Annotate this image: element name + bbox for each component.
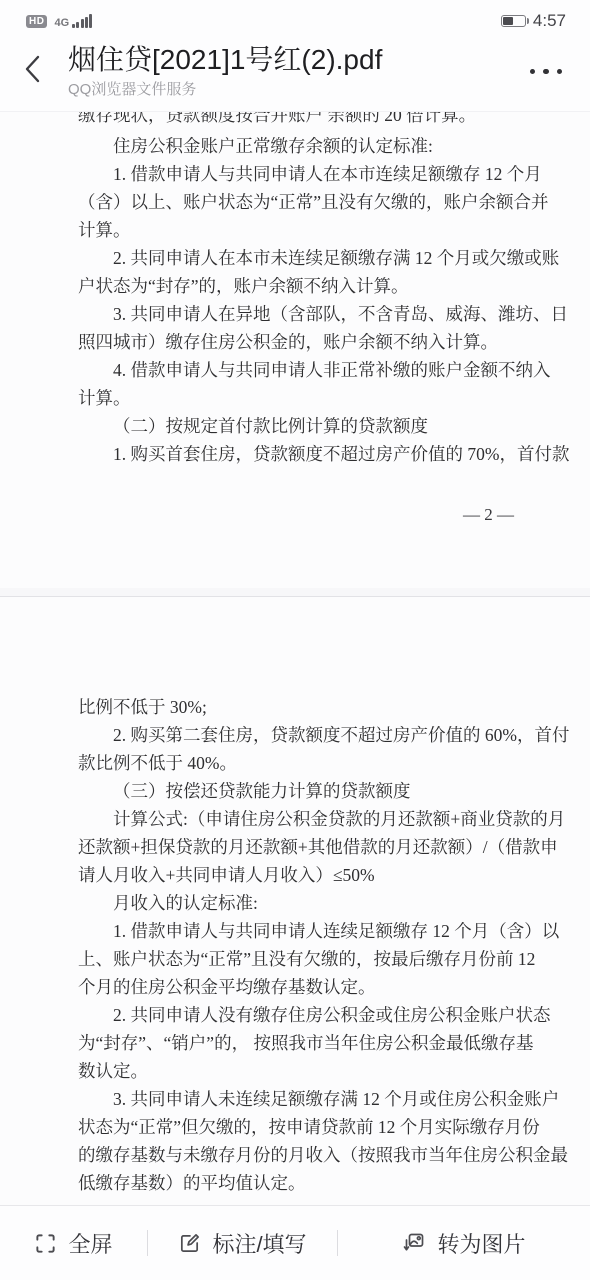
fullscreen-label: 全屏 — [68, 1228, 112, 1259]
document-text-line: 低缴存基数）的平均值认定。 — [78, 1169, 514, 1197]
file-title: 烟住贷[2021]1号红(2).pdf — [68, 44, 526, 76]
document-text-line: 1. 购买首套住房，贷款额度不超过房产价值的 70%，首付款 — [78, 440, 514, 468]
page-2-text: 住房公积金账户正常缴存余额的认定标准:1. 借款申请人与共同申请人在本市连续足额… — [78, 132, 514, 468]
document-text-line: （含）以上、账户状态为“正常”且没有欠缴的，账户余额合并 — [78, 188, 514, 216]
bottom-toolbar: 全屏 标注/填写 转为图片 — [0, 1205, 590, 1280]
pdf-page-3: 比例不低于 30%;2. 购买第二套住房，贷款额度不超过房产价值的 60%，首付… — [0, 597, 590, 1202]
document-text-line: （三）按偿还贷款能力计算的贷款额度 — [78, 777, 514, 805]
edit-pencil-square-icon — [178, 1232, 201, 1255]
page-separator — [0, 588, 590, 597]
back-button[interactable] — [24, 52, 52, 92]
status-bar: HD 4G 4:57 — [0, 0, 590, 36]
phone-screen: HD 4G 4:57 烟住贷[2021]1号红(2).pdf QQ浏览器文件服务 — [0, 0, 590, 1280]
chevron-left-icon — [24, 54, 41, 89]
document-text-line: 2. 共同申请人在本市未连续足额缴存满 12 个月或欠缴或账 — [78, 244, 514, 272]
document-text-line: 上、账户状态为“正常”且没有欠缴的，按最后缴存月份前 12 — [78, 945, 514, 973]
document-text-line: 计算。 — [78, 384, 514, 412]
convert-to-image-label: 转为图片 — [437, 1228, 525, 1259]
more-ellipsis-icon — [557, 69, 563, 75]
fullscreen-button[interactable]: 全屏 — [0, 1206, 147, 1280]
more-ellipsis-icon — [530, 69, 536, 75]
signal-bars-icon — [72, 14, 92, 28]
pdf-viewport[interactable]: 缴存现状，贷款额度按合并账户 余额的 20 倍计算。 住房公积金账户正常缴存余额… — [0, 112, 590, 1202]
document-text-line: 缴存现状，贷款额度按合并账户 余额的 20 倍计算。 — [78, 112, 514, 129]
file-source-subtitle: QQ浏览器文件服务 — [68, 78, 526, 99]
status-left-group: HD 4G — [26, 14, 92, 28]
document-text-line: 个月的住房公积金平均缴存基数认定。 — [78, 973, 514, 1001]
document-text-line: 3. 共同申请人未连续足额缴存满 12 个月或住房公积金账户 — [78, 1085, 514, 1113]
document-text-line: 4. 借款申请人与共同申请人非正常补缴的账户金额不纳入 — [78, 356, 514, 384]
hd-badge-icon: HD — [26, 15, 47, 28]
status-right-group: 4:57 — [501, 11, 566, 31]
document-text-line: 月收入的认定标准: — [78, 889, 514, 917]
document-text-line: 1. 借款申请人与共同申请人在本市连续足额缴存 12 个月 — [78, 160, 514, 188]
title-block: 烟住贷[2021]1号红(2).pdf QQ浏览器文件服务 — [68, 44, 526, 99]
document-text-line: （二）按规定首付款比例计算的贷款额度 — [78, 412, 514, 440]
document-text-line: 款比例不低于 40%。 — [78, 749, 514, 777]
more-ellipsis-icon — [543, 69, 549, 75]
network-type-label: 4G — [54, 18, 69, 28]
document-text-line: 3. 共同申请人在异地（含部队，不含青岛、威海、潍坊、日 — [78, 300, 514, 328]
document-text-line: 2. 购买第二套住房，贷款额度不超过房产价值的 60%，首付 — [78, 721, 514, 749]
document-text-line: 状态为“正常”但欠缴的，按申请贷款前 12 个月实际缴存月份 — [78, 1113, 514, 1141]
document-text-line: 计算公式:（申请住房公积金贷款的月还款额+商业贷款的月 — [78, 805, 514, 833]
clipped-text-line: 缴存现状，贷款额度按合并账户 余额的 20 倍计算。 — [78, 112, 514, 132]
page-3-text: 比例不低于 30%;2. 购买第二套住房，贷款额度不超过房产价值的 60%，首付… — [78, 693, 514, 1197]
signal-4g-icon: 4G — [54, 14, 92, 28]
document-text-line: 住房公积金账户正常缴存余额的认定标准: — [78, 132, 514, 160]
document-text-line: 数认定。 — [78, 1057, 514, 1085]
battery-icon — [501, 15, 526, 28]
document-text-line: 还款额+担保贷款的月还款额+其他借款的月还款额）/（借款申 — [78, 833, 514, 861]
image-with-down-arrow-icon — [402, 1231, 426, 1255]
document-text-line: 计算。 — [78, 216, 514, 244]
convert-to-image-button[interactable]: 转为图片 — [338, 1206, 590, 1280]
annotate-fill-label: 标注/填写 — [212, 1228, 306, 1259]
document-text-line: 2. 共同申请人没有缴存住房公积金或住房公积金账户状态 — [78, 1001, 514, 1029]
document-text-line: 户状态为“封存”的，账户余额不纳入计算。 — [78, 272, 514, 300]
annotate-fill-button[interactable]: 标注/填写 — [148, 1206, 337, 1280]
more-menu-button[interactable] — [526, 59, 567, 85]
fullscreen-corners-icon — [34, 1232, 57, 1255]
document-text-line: 请人月收入+共同申请人月收入）≤50% — [78, 861, 514, 889]
document-text-line: 1. 借款申请人与共同申请人连续足额缴存 12 个月（含）以 — [78, 917, 514, 945]
page-number: — 2 — — [78, 502, 514, 528]
document-text-line: 照四城市）缴存住房公积金的，账户余额不纳入计算。 — [78, 328, 514, 356]
document-text-line: 为“封存”、“销户”的， 按照我市当年住房公积金最低缴存基 — [78, 1029, 514, 1057]
document-text-line: 比例不低于 30%; — [78, 693, 514, 721]
document-text-line: 的缴存基数与未缴存月份的月收入（按照我市当年住房公积金最 — [78, 1141, 514, 1169]
pdf-page-2: 缴存现状，贷款额度按合并账户 余额的 20 倍计算。 住房公积金账户正常缴存余额… — [0, 112, 590, 588]
clock-time: 4:57 — [533, 11, 566, 31]
document-header: 烟住贷[2021]1号红(2).pdf QQ浏览器文件服务 — [0, 36, 590, 112]
